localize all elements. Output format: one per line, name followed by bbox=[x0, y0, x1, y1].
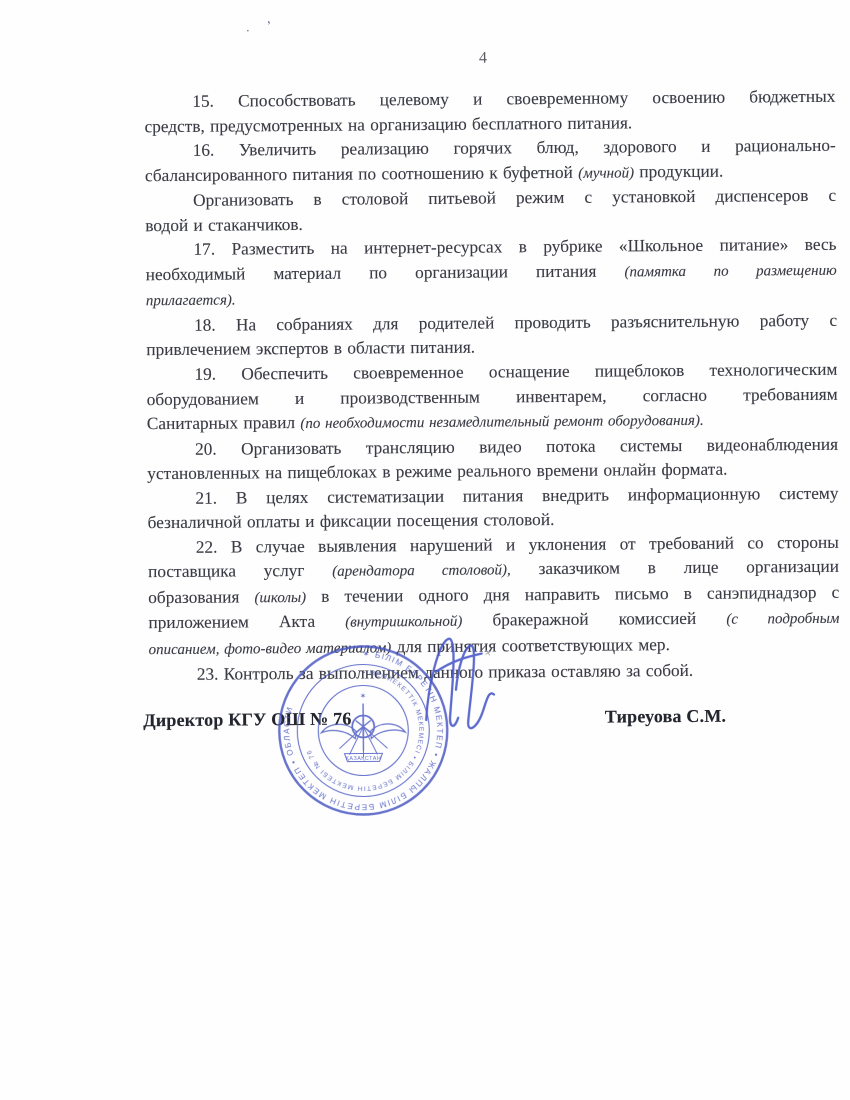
text-segment: 22. В случае выявления нарушений и уклон… bbox=[196, 533, 839, 557]
italic-note: прилагается). bbox=[146, 293, 236, 310]
text-segment: 17. Разместить на интернет-ресурсах в ру… bbox=[193, 235, 836, 259]
text-segment: приложением Акта bbox=[148, 612, 345, 633]
italic-note: (мучной) bbox=[578, 165, 634, 181]
text-segment: сбалансированного питания по соотношению… bbox=[145, 162, 578, 184]
text-segment: Санитарных правил bbox=[147, 413, 301, 433]
text-segment: в течении одного дня направить письмо в … bbox=[306, 583, 839, 606]
text-segment: 19. Обеспечить своевременное оснащение п… bbox=[194, 360, 837, 384]
text-segment: оборудованием и производственным инвента… bbox=[147, 384, 838, 408]
italic-note: (школы) bbox=[254, 590, 306, 606]
ink-speck: · bbox=[244, 25, 252, 37]
text-segment: 20. Организовать трансляцию видео потока… bbox=[195, 434, 838, 458]
text-segment: 18. На собраниях для родителей проводить… bbox=[194, 311, 837, 335]
left-wing-icon bbox=[321, 724, 356, 739]
text-segment: безналичной оплаты и фиксации посещения … bbox=[148, 510, 555, 532]
text-segment: необходимый материал по организации пита… bbox=[146, 261, 625, 284]
scanned-document-page: 4 · ʼ 15. Способствовать целевому и свое… bbox=[0, 0, 850, 1100]
emblem-star-icon: ✶ bbox=[360, 691, 367, 700]
right-wing-icon bbox=[370, 724, 405, 739]
text-segment: привлечением экспертов в области питания… bbox=[146, 338, 475, 360]
italic-note: (с подробным bbox=[726, 611, 839, 628]
text-segment: продукции. bbox=[634, 161, 723, 181]
text-segment: установленных на пищеблоках в режиме реа… bbox=[147, 460, 727, 484]
text-segment: 15. Способствовать целевому и своевремен… bbox=[192, 87, 835, 111]
italic-note: (по необходимости незамедлительный ремон… bbox=[300, 413, 703, 432]
order-paragraphs: 15. Способствовать целевому и своевремен… bbox=[144, 85, 840, 688]
page-number: 4 bbox=[479, 49, 488, 67]
page-content: 4 · ʼ 15. Способствовать целевому и свое… bbox=[0, 0, 850, 1100]
handwritten-signature bbox=[407, 627, 512, 750]
ink-speck: ʼ bbox=[265, 18, 274, 33]
text-segment: Организовать в столовой питьевой режим с… bbox=[193, 186, 836, 210]
text-segment: водой и стаканчиков. bbox=[145, 215, 303, 235]
text-segment: заказчиком в лице организации bbox=[511, 557, 839, 579]
italic-note: (памятка по размещению bbox=[624, 263, 836, 281]
text-segment: образования bbox=[148, 587, 254, 607]
italic-note: (арендатора столовой), bbox=[332, 563, 511, 580]
text-segment: поставщика услуг bbox=[148, 561, 332, 581]
text-segment: 16. Увеличить реализацию горячих блюд, з… bbox=[193, 136, 836, 160]
director-name: Тиреуова С.М. bbox=[605, 704, 727, 729]
text-segment: средств, предусмотренных на организацию … bbox=[144, 113, 632, 136]
kazakhstan-emblem-icon: ✶ ҚАЗАҚСТАН bbox=[321, 691, 406, 762]
stamp-center-text: ҚАЗАҚСТАН bbox=[346, 756, 382, 762]
text-segment: 21. В целях систематизации питания внедр… bbox=[195, 484, 838, 508]
